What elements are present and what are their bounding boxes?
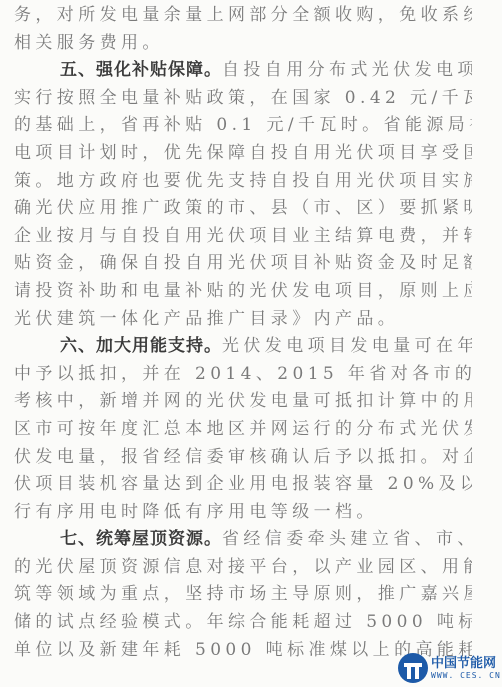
watermark-url: WWW. CES. CN	[431, 671, 501, 681]
section-heading: 六、加大用能支持。	[60, 336, 222, 356]
section-text: 自投自用分布式光伏发电项目所发电量，	[222, 60, 472, 80]
text-line: 策。地方政府也要优先支持自投自用光伏项目实施，目前尚未明	[14, 168, 472, 196]
text-line: 筑等领域为重点，坚持市场主导原则，推广嘉兴屋顶资源统筹收	[14, 581, 472, 609]
section-seven-line: 七、统筹屋顶资源。省经信委牵头建立省、市、县三级联动	[14, 526, 472, 554]
text-line: 贴资金，确保自投自用光伏项目补贴资金及时足额转付到位。申	[14, 250, 472, 278]
text-line: 实行按照全电量补贴政策，在国家 0.42 元/千瓦时（补贴 20 年）	[14, 85, 472, 113]
watermark-name: 中国节能网	[431, 656, 501, 671]
text-line: 考核中，新增并网的光伏发电量可抵扣计算中的用能总量。各设	[14, 388, 472, 416]
section-six-line: 六、加大用能支持。光伏发电项目发电量可在年度用能指标	[14, 333, 472, 361]
text-line: 务，对所发电量余量上网部分全额收购，免收系统备用容量费和	[14, 2, 472, 30]
text-line: 请投资补助和电量补贴的光伏发电项目，原则上应采购《浙江省	[14, 278, 472, 306]
watermark-logo: 中国节能网 WWW. CES. CN	[398, 651, 502, 685]
text-line: 伏项目装机容量达到企业用电报装容量 20%及以上的，可以在执	[14, 471, 472, 499]
section-text: 省经信委牵头建立省、市、县三级联动	[222, 529, 472, 549]
section-five-line: 五、强化补贴保障。自投自用分布式光伏发电项目所发电量，	[14, 57, 472, 85]
text-line: 伏发电量，报省经信委审核确认后予以抵扣。对企业自投自用光	[14, 444, 472, 472]
section-heading: 五、强化补贴保障。	[60, 60, 222, 80]
document-body: 务，对所发电量余量上网部分全额收购，免收系统备用容量费和 相关服务费用。 五、强…	[14, 2, 472, 664]
section-heading: 七、统筹屋顶资源。	[60, 529, 222, 549]
text-line: 的光伏屋顶资源信息对接平台，以产业园区、用能大户和公共建	[14, 554, 472, 582]
text-line: 光伏建筑一体化产品推广目录》内产品。	[14, 306, 472, 334]
text-line: 相关服务费用。	[14, 30, 472, 58]
text-line: 区市可按年度汇总本地区并网运行的分布式光伏发电项目及光	[14, 416, 472, 444]
text-line: 的基础上，省再补贴 0.1 元/千瓦时。省能源局在制定全省光伏发	[14, 112, 472, 140]
text-line: 中予以抵扣，并在 2014、2015 年省对各市的单位生产总值能耗	[14, 361, 472, 389]
text-line: 电项目计划时，优先保障自投自用光伏项目享受国家电量补贴政	[14, 140, 472, 168]
ces-logo-icon	[398, 653, 428, 683]
text-line: 确光伏应用推广政策的市、县（市、区）要抓紧明确政策。电网	[14, 195, 472, 223]
text-line: 储的试点经验模式。年综合能耗超过 5000 吨标准煤的重点用能	[14, 609, 472, 637]
section-text: 光伏发电项目发电量可在年度用能指标	[222, 336, 472, 356]
text-line: 行有序用电时降低有序用电等级一档。	[14, 499, 472, 527]
text-line: 企业按月与自投自用光伏项目业主结算电费，并转付国家、省补	[14, 223, 472, 251]
